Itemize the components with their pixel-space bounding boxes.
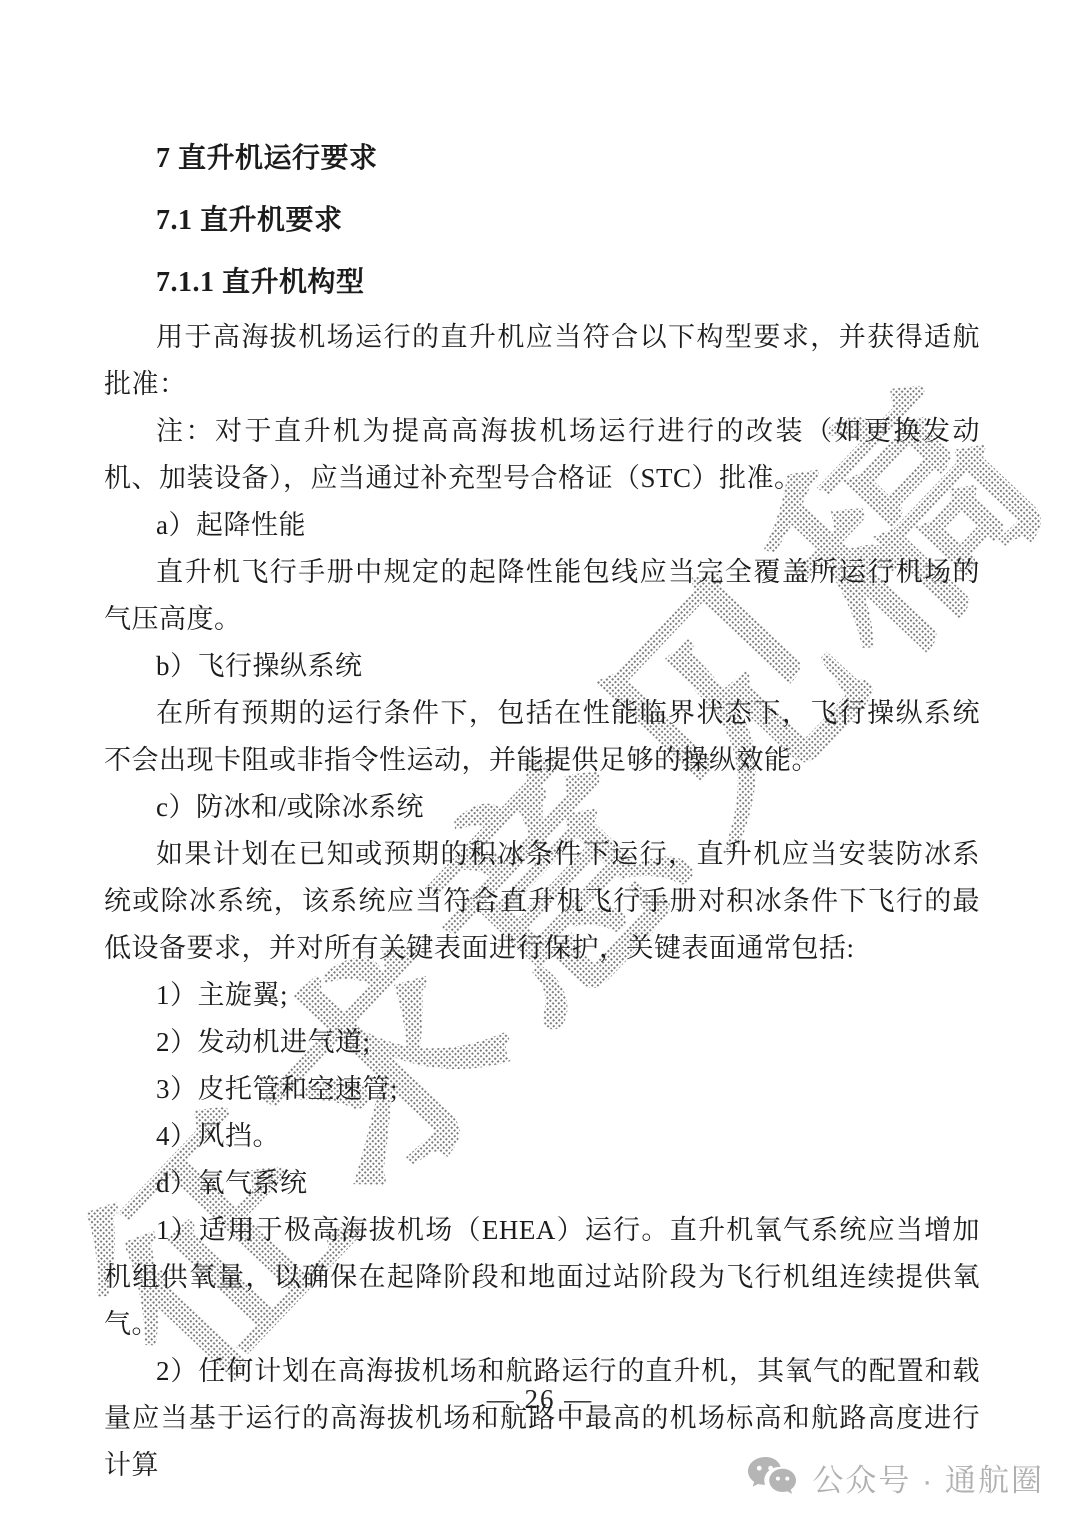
list-item-a: a）起降性能: [104, 502, 980, 549]
list-item-1: 1）主旋翼;: [104, 972, 980, 1019]
page-number: — 26 —: [0, 1384, 1080, 1415]
list-item-d: d）氧气系统: [104, 1160, 980, 1207]
paragraph: 在所有预期的运行条件下，包括在性能临界状态下，飞行操纵系统不会出现卡阻或非指令性…: [104, 690, 980, 784]
paragraph: 直升机飞行手册中规定的起降性能包线应当完全覆盖所运行机场的气压高度。: [104, 549, 980, 643]
document-page: 征求意见稿 7 直升机运行要求 7.1 直升机要求 7.1.1 直升机构型 用于…: [0, 0, 1080, 1527]
paragraph-note: 注：对于直升机为提高高海拔机场运行进行的改装（如更换发动机、加装设备），应当通过…: [104, 408, 980, 502]
subsection-heading: 7.1 直升机要求: [104, 197, 980, 244]
page-content: 7 直升机运行要求 7.1 直升机要求 7.1.1 直升机构型 用于高海拔机场运…: [104, 135, 980, 1489]
wechat-icon: [745, 1454, 799, 1500]
list-item-c: c）防冰和/或除冰系统: [104, 784, 980, 831]
wechat-footer: 公众号 · 通航圈: [745, 1454, 1044, 1500]
section-heading: 7 直升机运行要求: [104, 135, 980, 182]
subsubsection-heading: 7.1.1 直升机构型: [104, 259, 980, 306]
paragraph: 用于高海拔机场运行的直升机应当符合以下构型要求，并获得适航批准：: [104, 314, 980, 408]
list-item-3: 3）皮托管和空速管;: [104, 1066, 980, 1113]
list-item-4: 4）风挡。: [104, 1113, 980, 1160]
wechat-account-label: 公众号 · 通航圈: [812, 1455, 1044, 1500]
paragraph: 如果计划在已知或预期的积冰条件下运行，直升机应当安装防冰系统或除冰系统，该系统应…: [104, 831, 980, 972]
paragraph: 1）适用于极高海拔机场（EHEA）运行。直升机氧气系统应当增加机组供氧量，以确保…: [104, 1207, 980, 1348]
list-item-2: 2）发动机进气道;: [104, 1019, 980, 1066]
list-item-b: b）飞行操纵系统: [104, 643, 980, 690]
